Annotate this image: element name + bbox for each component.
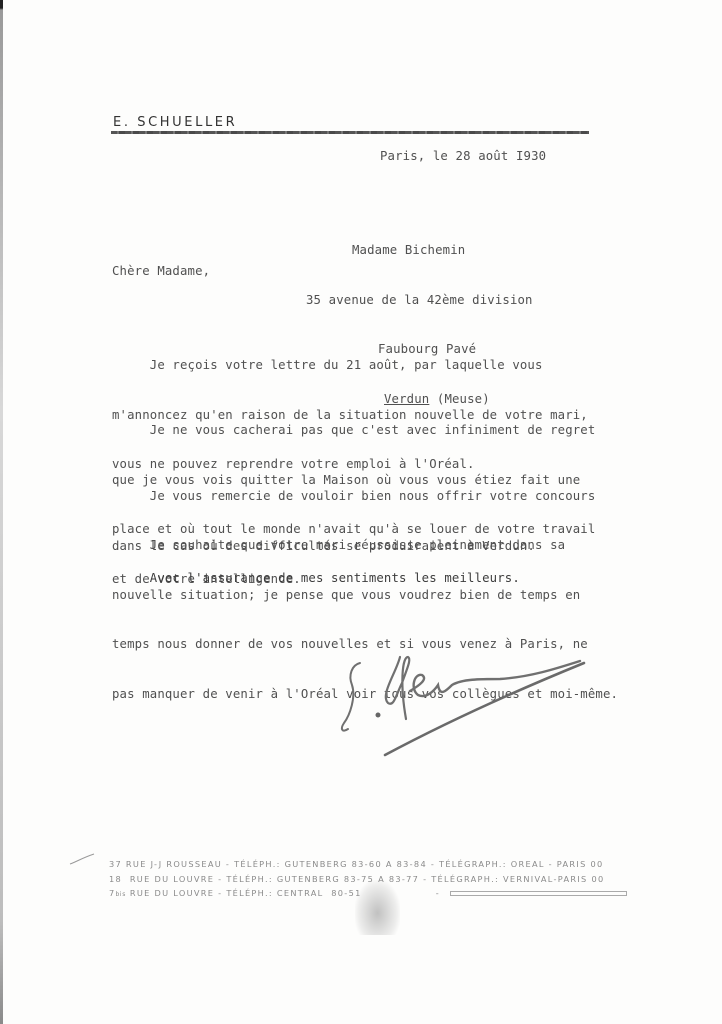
paragraph-line: Je souhaite que votre mari réussisse ple… <box>112 537 618 554</box>
footer-address: 18 RUE DU LOUVRE <box>109 874 214 884</box>
footer-row: 18 RUE DU LOUVRE - TÉLÉPH.: GUTENBERG 83… <box>109 872 627 887</box>
footer-telegraph: TÉLÉGRAPH.: VERNIVAL-PARIS 00 <box>431 874 604 884</box>
salutation: Chère Madame, <box>112 263 210 280</box>
footer-telegraph: TÉLÉGRAPH.: OREAL - PARIS 00 <box>439 859 604 869</box>
footer-phone: TÉLÉPH.: CENTRAL 80-51 <box>226 888 361 898</box>
footer-address: 37 RUE J-J ROUSSEAU <box>109 859 222 869</box>
signature-icon <box>330 645 590 765</box>
letterhead-rule <box>111 131 589 134</box>
paragraph-line: Je vous remercie de vouloir bien nous of… <box>112 488 595 505</box>
recipient-street: 35 avenue de la 42ème division <box>306 292 533 309</box>
letterhead-footer: 37 RUE J-J ROUSSEAU - TÉLÉPH.: GUTENBERG… <box>109 857 627 903</box>
footer-row: 7bis RUE DU LOUVRE - TÉLÉPH.: CENTRAL 80… <box>109 886 627 903</box>
footer-phone: TÉLÉPH.: GUTENBERG 83-60 A 83-84 <box>234 859 427 869</box>
recipient-name: Madame Bichemin <box>306 242 533 259</box>
footer-address: RUE DU LOUVRE <box>126 888 214 898</box>
letterhead-name: E. SCHUELLER <box>113 115 237 130</box>
paragraph-line: Je ne vous cacherai pas que c'est avec i… <box>112 422 595 439</box>
footer-blank-field <box>450 891 627 896</box>
paragraph-line: Je reçois votre lettre du 21 août, par l… <box>112 357 588 374</box>
page-edge-shadow <box>0 0 3 1024</box>
footer-address-bis: bis <box>116 891 126 898</box>
pen-mark-icon <box>68 852 98 866</box>
closing-line: Avec l'assurance de mes sentiments les m… <box>112 570 520 587</box>
footer-phone: TÉLÉPH.: GUTENBERG 83-75 A 83-77 <box>226 874 419 884</box>
date-line: Paris, le 28 août I930 <box>380 148 546 165</box>
footer-row: 37 RUE J-J ROUSSEAU - TÉLÉPH.: GUTENBERG… <box>109 857 627 872</box>
paragraph-line: nouvelle situation; je pense que vous vo… <box>112 587 618 604</box>
